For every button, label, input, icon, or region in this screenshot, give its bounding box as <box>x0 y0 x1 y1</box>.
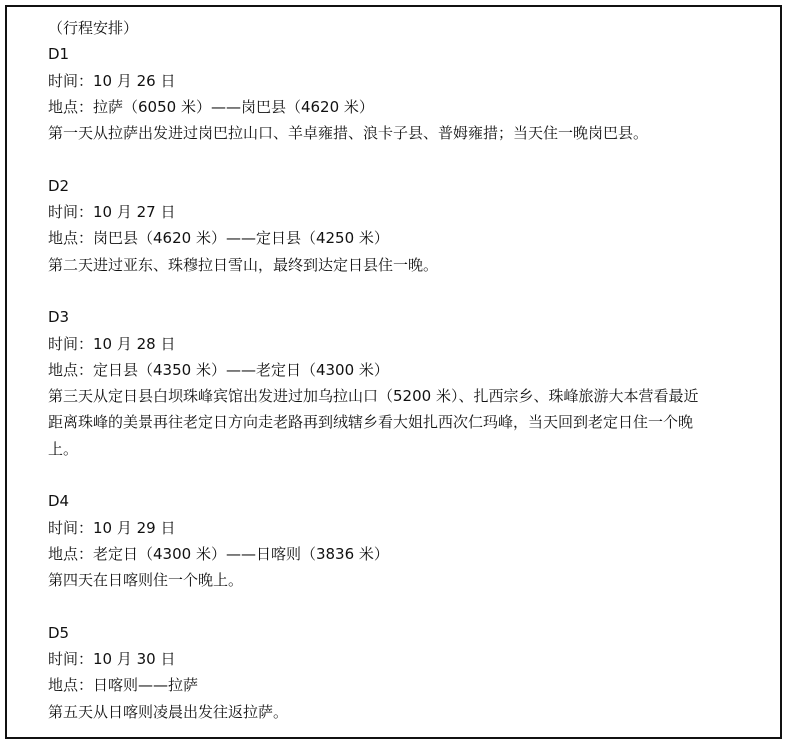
paragraph-gap <box>48 594 768 620</box>
day-time: 时间：10 月 29 日 <box>48 515 768 541</box>
day-description: 第一天从拉萨出发进过岗巴拉山口、羊卓雍措、浪卡子县、普姆雍措；当天住一晚岗巴县。 <box>48 120 768 146</box>
paragraph-gap <box>48 278 768 304</box>
place-value: 定日县（4350 米）——老定日（4300 米） <box>93 361 389 379</box>
day-section-d5: D5 时间：10 月 30 日 地点：日喀则——拉萨 第五天从日喀则凌晨出发往返… <box>48 620 768 725</box>
day-description-line-3: 上。 <box>48 436 768 462</box>
day-section-d1: D1 时间：10 月 26 日 地点：拉萨（6050 米）——岗巴县（4620 … <box>48 41 768 146</box>
place-label: 地点： <box>48 676 93 694</box>
day-heading: D5 <box>48 620 768 646</box>
time-label: 时间： <box>48 335 93 353</box>
time-label: 时间： <box>48 519 93 537</box>
place-label: 地点： <box>48 98 93 116</box>
time-label: 时间： <box>48 72 93 90</box>
place-value: 老定日（4300 米）——日喀则（3836 米） <box>93 545 389 563</box>
place-label: 地点： <box>48 229 93 247</box>
day-time: 时间：10 月 27 日 <box>48 199 768 225</box>
place-label: 地点： <box>48 361 93 379</box>
document-title: （行程安排） <box>48 15 768 41</box>
itinerary-document: （行程安排） D1 时间：10 月 26 日 地点：拉萨（6050 米）——岗巴… <box>48 15 768 725</box>
day-heading: D3 <box>48 304 768 330</box>
time-label: 时间： <box>48 203 93 221</box>
day-time: 时间：10 月 26 日 <box>48 68 768 94</box>
place-label: 地点： <box>48 545 93 563</box>
day-description-line-1: 第三天从定日县白坝珠峰宾馆出发进过加乌拉山口（5200 米）、扎西宗乡、珠峰旅游… <box>48 383 768 409</box>
day-section-d2: D2 时间：10 月 27 日 地点：岗巴县（4620 米）——定日县（4250… <box>48 173 768 278</box>
day-place: 地点：岗巴县（4620 米）——定日县（4250 米） <box>48 225 768 251</box>
day-section-d4: D4 时间：10 月 29 日 地点：老定日（4300 米）——日喀则（3836… <box>48 488 768 593</box>
day-place: 地点：拉萨（6050 米）——岗巴县（4620 米） <box>48 94 768 120</box>
paragraph-gap <box>48 146 768 172</box>
paragraph-gap <box>48 462 768 488</box>
day-heading: D1 <box>48 41 768 67</box>
day-time: 时间：10 月 28 日 <box>48 331 768 357</box>
day-description: 第二天进过亚东、珠穆拉日雪山，最终到达定日县住一晚。 <box>48 252 768 278</box>
time-value: 10 月 30 日 <box>93 650 175 668</box>
day-place: 地点：定日县（4350 米）——老定日（4300 米） <box>48 357 768 383</box>
day-section-d3: D3 时间：10 月 28 日 地点：定日县（4350 米）——老定日（4300… <box>48 304 768 462</box>
time-label: 时间： <box>48 650 93 668</box>
time-value: 10 月 29 日 <box>93 519 175 537</box>
day-time: 时间：10 月 30 日 <box>48 646 768 672</box>
day-place: 地点：老定日（4300 米）——日喀则（3836 米） <box>48 541 768 567</box>
time-value: 10 月 28 日 <box>93 335 175 353</box>
day-heading: D2 <box>48 173 768 199</box>
day-description: 第四天在日喀则住一个晚上。 <box>48 567 768 593</box>
day-description-line-2: 距离珠峰的美景再往老定日方向走老路再到绒辖乡看大姐扎西次仁玛峰，当天回到老定日住… <box>48 409 768 435</box>
place-value: 岗巴县（4620 米）——定日县（4250 米） <box>93 229 389 247</box>
day-description: 第五天从日喀则凌晨出发往返拉萨。 <box>48 699 768 725</box>
place-value: 日喀则——拉萨 <box>93 676 198 694</box>
time-value: 10 月 26 日 <box>93 72 175 90</box>
day-place: 地点：日喀则——拉萨 <box>48 672 768 698</box>
time-value: 10 月 27 日 <box>93 203 175 221</box>
day-heading: D4 <box>48 488 768 514</box>
place-value: 拉萨（6050 米）——岗巴县（4620 米） <box>93 98 374 116</box>
